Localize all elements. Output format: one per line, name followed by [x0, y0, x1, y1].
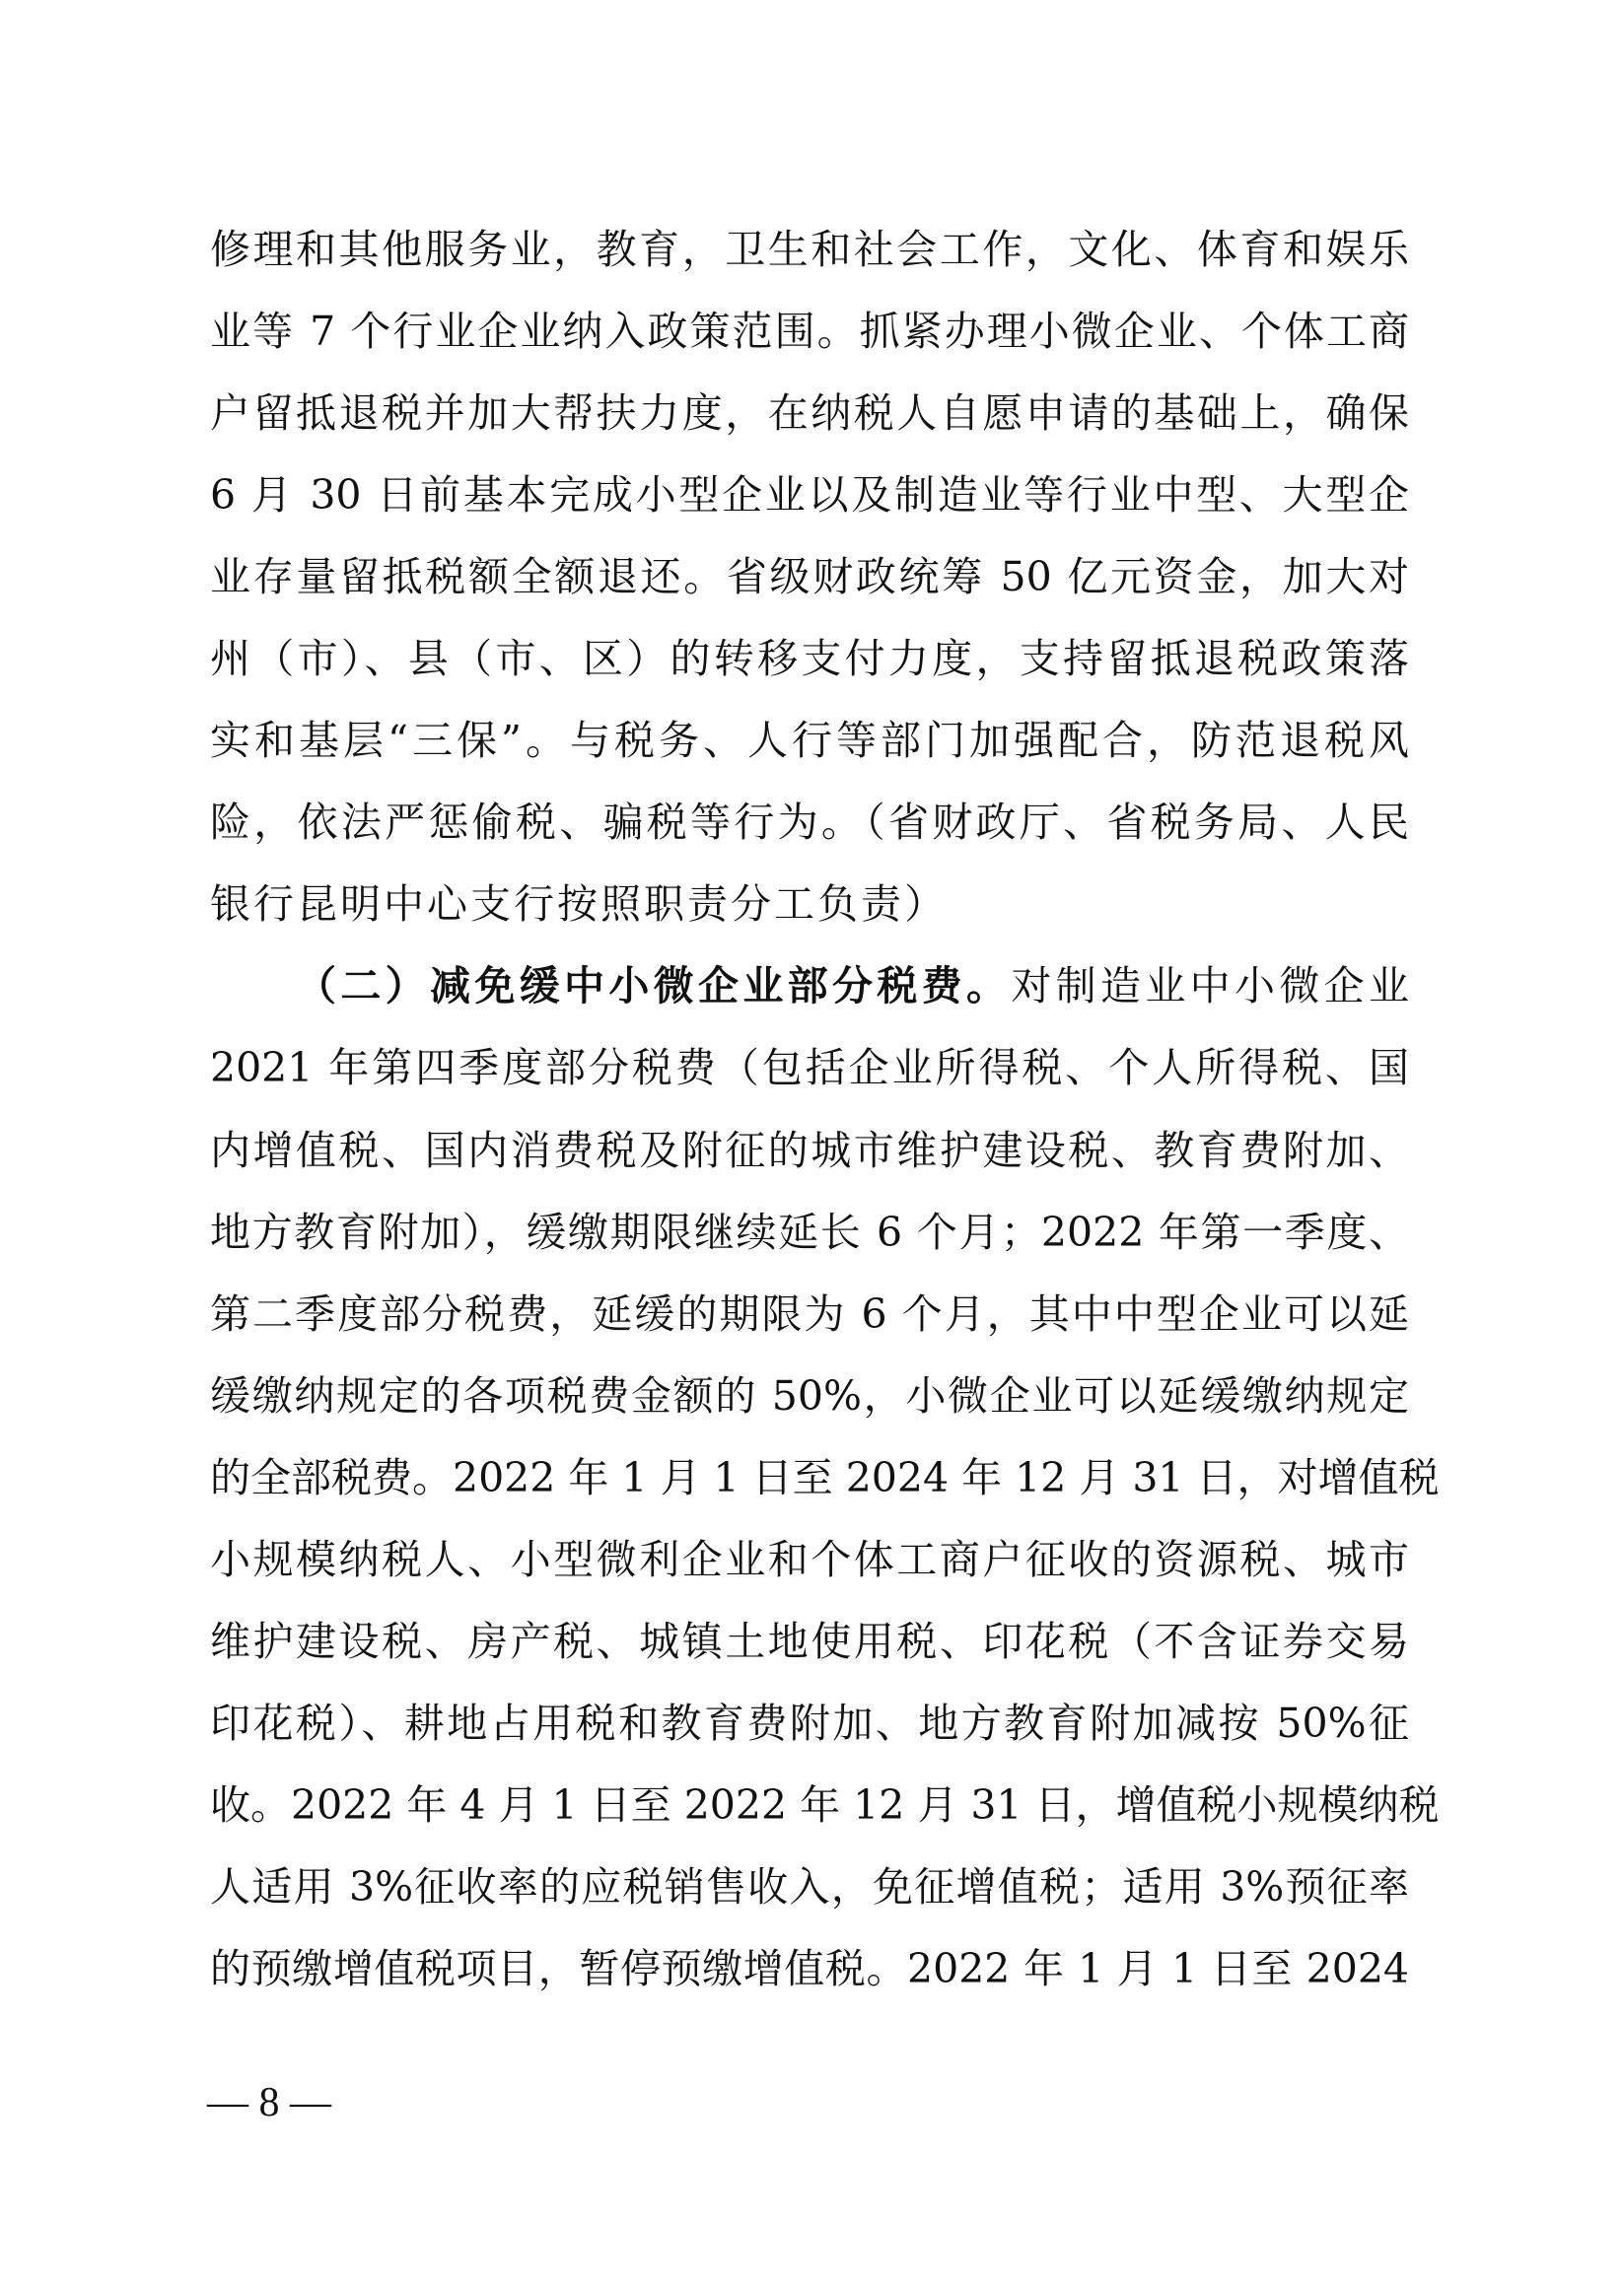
- section-heading: （二）减免缓中小微企业部分税费。: [296, 962, 1011, 1009]
- paragraph-line: 银行昆明中心支行按照职责分工负责）: [210, 864, 1409, 945]
- paragraph-line: 实和基层“三保”。与税务、人行等部门加强配合，防范退税风: [210, 700, 1409, 782]
- paragraph-line: 2021 年第四季度部分税费（包括企业所得税、个人所得税、国: [210, 1027, 1409, 1109]
- paragraph-line: 业存量留抵税额全额退还。省级财政统筹 50 亿元资金，加大对: [210, 536, 1409, 618]
- paragraph-line: 维护建设税、房产税、城镇土地使用税、印花税（不含证券交易: [210, 1601, 1409, 1683]
- page-number: — 8 —: [207, 2080, 331, 2125]
- document-body: 修理和其他服务业，教育，卫生和社会工作，文化、体育和娱乐 业等 7 个行业企业纳…: [210, 209, 1409, 2010]
- section-heading-continuation: 对制造业中小微企业: [1011, 962, 1409, 1009]
- paragraph-line: 州（市）、县（市、区）的转移支付力度，支持留抵退税政策落: [210, 618, 1409, 700]
- paragraph-line: 地方教育附加），缓缴期限继续延长 6 个月；2022 年第一季度、: [210, 1192, 1409, 1274]
- paragraph-line: 户留抵退税并加大帮扶力度，在纳税人自愿申请的基础上，确保: [210, 373, 1409, 454]
- section-heading-line: （二）减免缓中小微企业部分税费。对制造业中小微企业: [210, 945, 1409, 1027]
- paragraph-line: 收。2022 年 4 月 1 日至 2022 年 12 月 31 日，增值税小规…: [210, 1765, 1409, 1846]
- paragraph-line: 人适用 3%征收率的应税销售收入，免征增值税；适用 3%预征率: [210, 1846, 1409, 1928]
- paragraph-line: 的预缴增值税项目，暂停预缴增值税。2022 年 1 月 1 日至 2024: [210, 1928, 1409, 2010]
- paragraph-line: 修理和其他服务业，教育，卫生和社会工作，文化、体育和娱乐: [210, 209, 1409, 291]
- paragraph-line: 小规模纳税人、小型微利企业和个体工商户征收的资源税、城市: [210, 1519, 1409, 1601]
- paragraph-line: 印花税）、耕地占用税和教育费附加、地方教育附加减按 50%征: [210, 1683, 1409, 1765]
- paragraph-line: 第二季度部分税费，延缓的期限为 6 个月，其中中型企业可以延: [210, 1274, 1409, 1356]
- document-page: 修理和其他服务业，教育，卫生和社会工作，文化、体育和娱乐 业等 7 个行业企业纳…: [0, 0, 1623, 2296]
- paragraph-line: 6 月 30 日前基本完成小型企业以及制造业等行业中型、大型企: [210, 454, 1409, 536]
- paragraph-line: 内增值税、国内消费税及附征的城市维护建设税、教育费附加、: [210, 1110, 1409, 1192]
- paragraph-line: 的全部税费。2022 年 1 月 1 日至 2024 年 12 月 31 日，对…: [210, 1437, 1409, 1519]
- paragraph-line: 缓缴纳规定的各项税费金额的 50%，小微企业可以延缓缴纳规定: [210, 1356, 1409, 1437]
- paragraph-line: 险，依法严惩偷税、骗税等行为。（省财政厅、省税务局、人民: [210, 782, 1409, 864]
- paragraph-line: 业等 7 个行业企业纳入政策范围。抓紧办理小微企业、个体工商: [210, 291, 1409, 373]
